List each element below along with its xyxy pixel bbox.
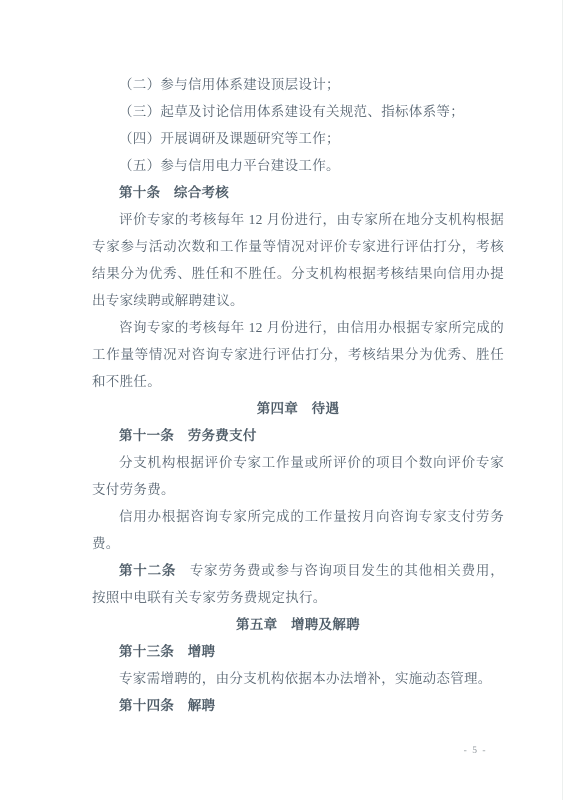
paragraph-office-pay: 信用办根据咨询专家所完成的工作量按月向咨询专家支付劳务费。: [92, 503, 504, 557]
article-11-title: 劳务费支付: [188, 428, 257, 443]
article-13-heading: 第十三条增聘: [92, 638, 504, 665]
chapter-5-number: 第五章: [236, 617, 277, 632]
list-item-5: （五）参与信用电力平台建设工作。: [92, 152, 504, 179]
article-14-title: 解聘: [188, 698, 216, 713]
article-13-title: 增聘: [188, 644, 216, 659]
article-12-paragraph: 第十二条专家劳务费或参与咨询项目发生的其他相关费用，按照中电联有关专家劳务费规定…: [92, 557, 504, 611]
paragraph-consult-assessment: 咨询专家的考核每年 12 月份进行，由信用办根据专家所完成的工作量等情况对咨询专…: [92, 314, 504, 395]
chapter-4-number: 第四章: [257, 401, 298, 416]
article-12-number: 第十二条: [119, 563, 176, 578]
paragraph-eval-assessment: 评价专家的考核每年 12 月份进行，由专家所在地分支机构根据专家参与活动次数和工…: [92, 206, 504, 314]
chapter-4-heading: 第四章待遇: [92, 395, 504, 422]
article-14-number: 第十四条: [119, 698, 174, 713]
scan-edge-line: [562, 0, 563, 800]
article-11-heading: 第十一条劳务费支付: [92, 422, 504, 449]
chapter-4-title: 待遇: [312, 401, 340, 416]
document-content: （二）参与信用体系建设顶层设计； （三）起草及讨论信用体系建设有关规范、指标体系…: [92, 71, 504, 719]
article-14-heading: 第十四条解聘: [92, 692, 504, 719]
article-10-number: 第十条: [119, 185, 160, 200]
article-13-number: 第十三条: [119, 644, 174, 659]
article-10-heading: 第十条综合考核: [92, 179, 504, 206]
list-item-4: （四）开展调研及课题研究等工作；: [92, 125, 504, 152]
document-page: （二）参与信用体系建设顶层设计； （三）起草及讨论信用体系建设有关规范、指标体系…: [0, 0, 565, 800]
article-10-title: 综合考核: [174, 185, 229, 200]
chapter-5-heading: 第五章增聘及解聘: [92, 611, 504, 638]
paragraph-branch-pay: 分支机构根据评价专家工作量或所评价的项目个数向评价专家支付劳务费。: [92, 449, 504, 503]
chapter-5-title: 增聘及解聘: [291, 617, 360, 632]
page-number: - 5 -: [464, 746, 487, 756]
list-item-2: （二）参与信用体系建设顶层设计；: [92, 71, 504, 98]
paragraph-add-hire: 专家需增聘的，由分支机构依据本办法增补，实施动态管理。: [92, 665, 504, 692]
article-11-number: 第十一条: [119, 428, 174, 443]
list-item-3: （三）起草及讨论信用体系建设有关规范、指标体系等；: [92, 98, 504, 125]
